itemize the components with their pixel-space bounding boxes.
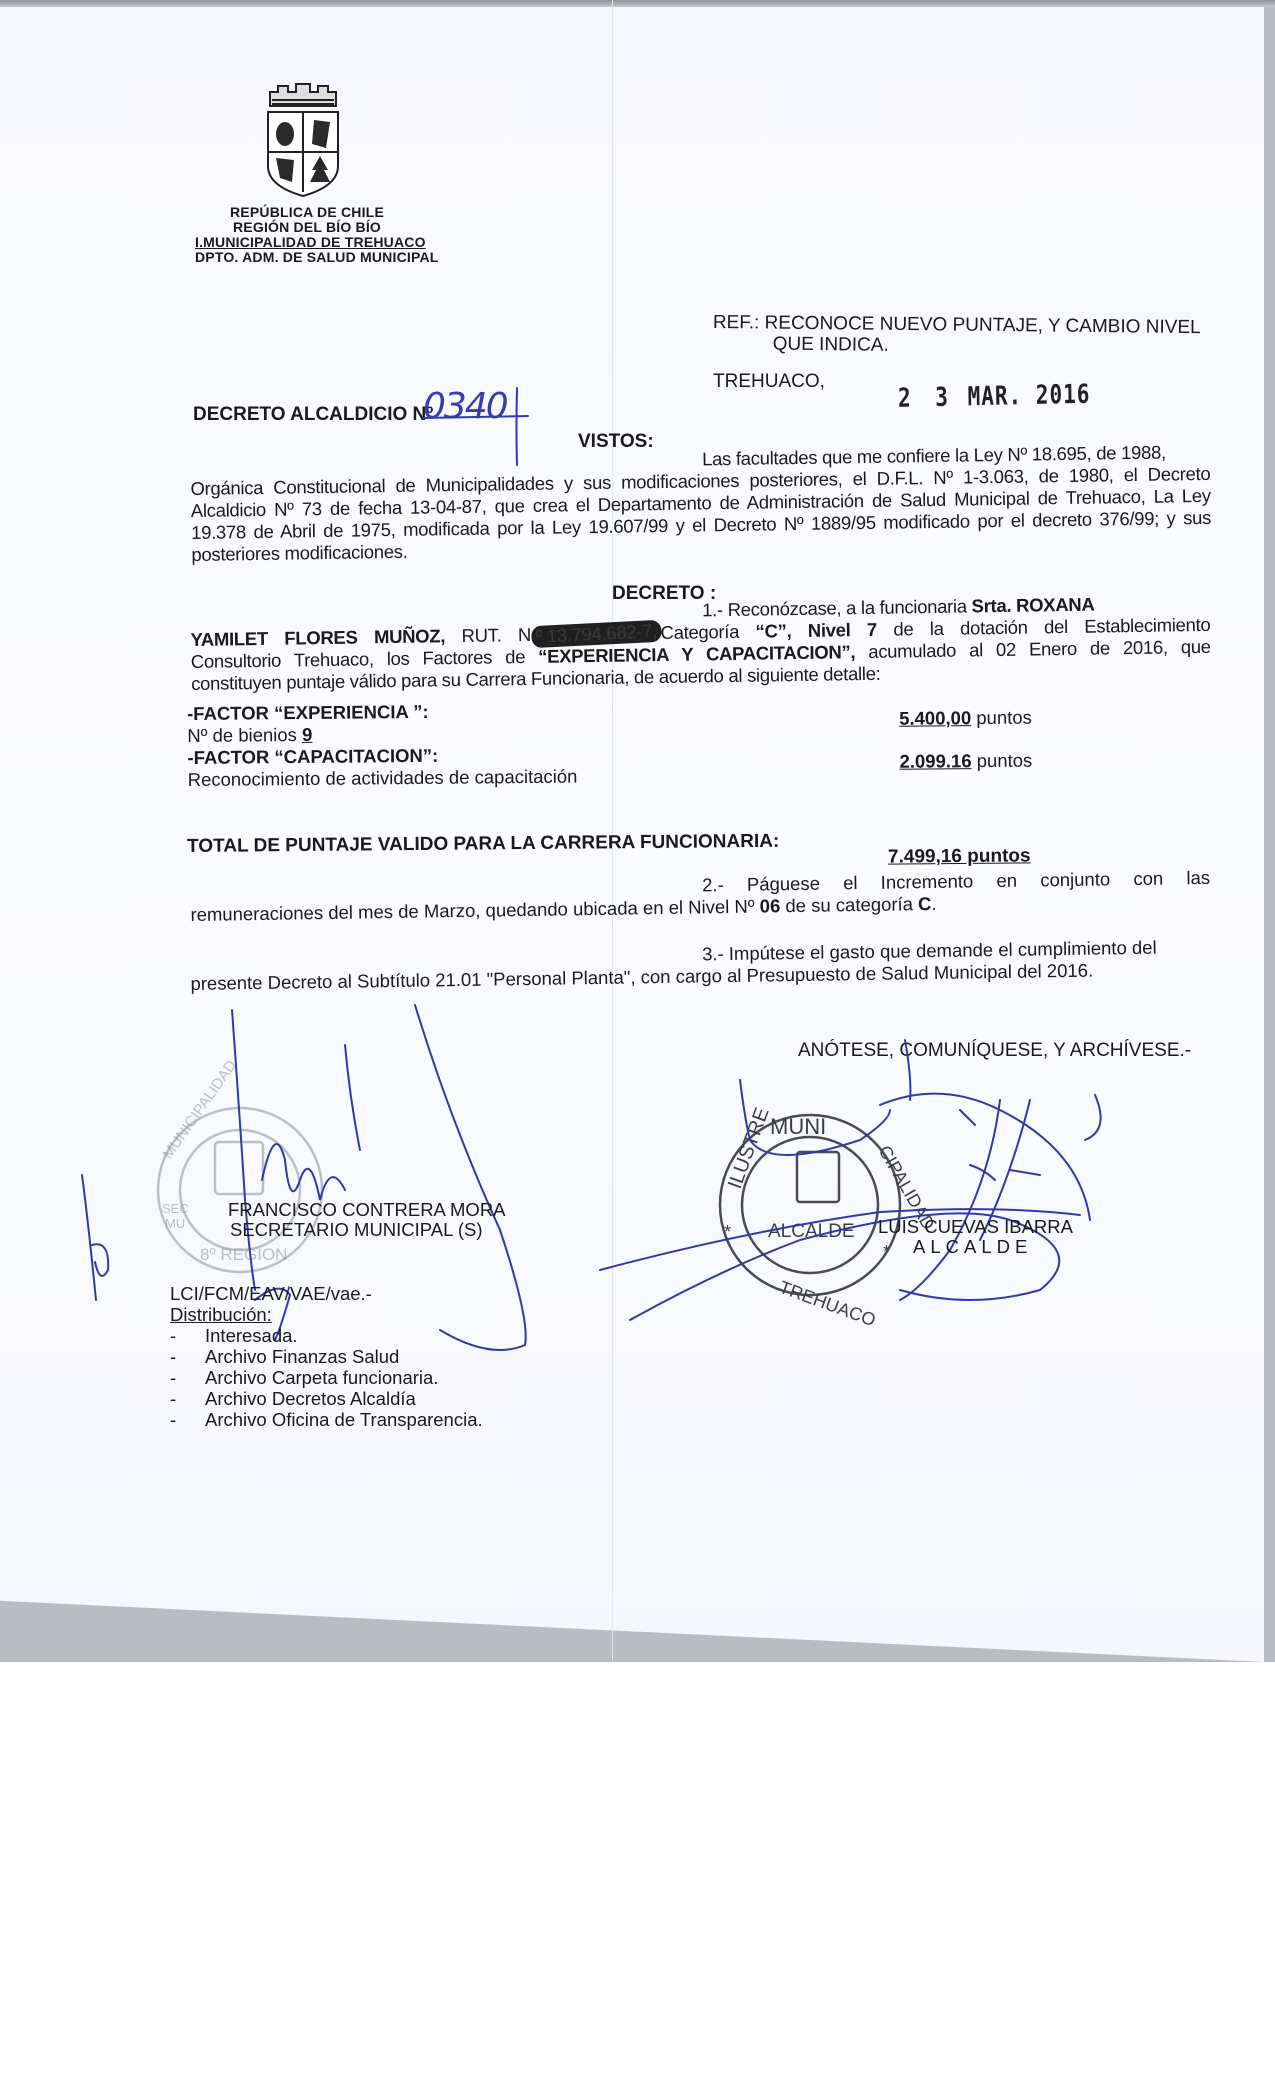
bullet: -	[170, 1409, 205, 1430]
distribution-item: -Archivo Finanzas Salud	[170, 1346, 483, 1367]
points-unit: puntos	[971, 707, 1032, 729]
points-unit: puntos	[971, 750, 1032, 772]
letterhead-region: REGIÓN DEL BÍO BÍO	[195, 220, 439, 235]
distribution-item-label: Archivo Decretos Alcaldía	[205, 1388, 416, 1409]
secretary-signature-block: FRANCISCO CONTRERA MORA SECRETARIO MUNIC…	[228, 1200, 506, 1240]
distribution-item: -Archivo Decretos Alcaldía	[170, 1388, 483, 1409]
distribution-item-label: Interesada.	[205, 1325, 298, 1346]
municipal-crest-icon	[262, 78, 344, 198]
item2-level: 06	[760, 895, 781, 916]
date-stamp-day: 2 3	[898, 382, 954, 413]
item2-text-mid: de su categoría	[780, 893, 918, 916]
decree-number-handwritten: 0340	[423, 386, 507, 427]
secretary-role: SECRETARIO MUNICIPAL (S)	[228, 1220, 506, 1240]
item2-text-end: .	[931, 893, 936, 914]
category-level: “C”, Nivel 7	[755, 619, 877, 642]
scanner-top-edge	[0, 0, 1275, 7]
page-fold-line	[612, 0, 613, 1660]
item2-category: C	[918, 893, 932, 914]
decreto-paragraph: 1.- Reconózcase, a la funcionaria Srta. …	[190, 592, 1211, 695]
mayor-name: LUIS CUEVAS IBARRA	[878, 1217, 1073, 1237]
distribution-item: -Archivo Oficina de Transparencia.	[170, 1409, 483, 1430]
decree-number-label: DECRETO ALCALDICIO Nº	[193, 404, 433, 426]
closing-formula: ANÓTESE, COMUNÍQUESE, Y ARCHÍVESE.-	[798, 1040, 1191, 1062]
distribution-item-label: Archivo Carpeta funcionaria.	[205, 1367, 438, 1388]
distribution-footer: LCI/FCM/EAV/VAE/vae.- Distribución: -Int…	[170, 1283, 483, 1430]
date-stamp-month-year: MAR. 2016	[967, 379, 1090, 412]
mayor-signature-block: LUIS CUEVAS IBARRA ALCALDE	[878, 1217, 1073, 1257]
factors-detail: -FACTOR “EXPERIENCIA ”: Nº de bienios 9 …	[187, 695, 1088, 791]
bienios-value: 9	[302, 724, 312, 745]
experiencia-points-value: 5.400,00	[899, 707, 971, 729]
rut-label: RUT. N	[445, 624, 531, 646]
capacitacion-label: Reconocimiento de actividades de capacit…	[188, 766, 578, 790]
distribution-item-label: Archivo Oficina de Transparencia.	[205, 1409, 483, 1430]
letterhead-department: DPTO. ADM. DE SALUD MUNICIPAL	[195, 250, 439, 265]
bullet: -	[170, 1325, 205, 1346]
capacitacion-points: 2.099.16 puntos	[899, 750, 1032, 773]
item1-intro-text: 1.- Reconózcase, a la funcionaria	[702, 595, 972, 620]
total-value: 7.499,16 puntos	[888, 845, 1031, 868]
letterhead: REPÚBLICA DE CHILE REGIÓN DEL BÍO BÍO I.…	[195, 205, 439, 265]
bullet: -	[170, 1388, 205, 1409]
initials: LCI/FCM/EAV/VAE/vae.-	[170, 1283, 483, 1304]
letterhead-country: REPÚBLICA DE CHILE	[195, 205, 439, 220]
line3-post: acumulado al 02 Enero de 2016, que	[855, 636, 1211, 662]
distribution-item: -Interesada.	[170, 1325, 483, 1346]
experiencia-points: 5.400,00 puntos	[899, 707, 1032, 730]
distribution-title: Distribución:	[170, 1304, 483, 1325]
distribution-item-label: Archivo Finanzas Salud	[205, 1346, 399, 1367]
letterhead-municipality: I.MUNICIPALIDAD DE TREHUACO	[195, 235, 439, 250]
place-label: TREHUACO,	[713, 371, 825, 393]
secretary-name: FRANCISCO CONTRERA MORA	[228, 1200, 506, 1220]
bullet: -	[170, 1367, 205, 1388]
capacitacion-points-value: 2.099.16	[899, 750, 971, 772]
category-label: Categoría	[660, 621, 755, 643]
bullet: -	[170, 1346, 205, 1367]
employee-title: Srta. ROXANA	[971, 594, 1094, 617]
date-stamp: 2 3 MAR. 2016	[898, 379, 1091, 413]
mayor-role: ALCALDE	[878, 1237, 1073, 1257]
employee-name: YAMILET FLORES MUÑOZ,	[190, 625, 445, 650]
vistos-paragraph: Las facultades que me confiere la Ley Nº…	[190, 441, 1212, 566]
distribution-item: -Archivo Carpeta funcionaria.	[170, 1367, 483, 1388]
bienios-label: Nº de bienios	[187, 724, 302, 746]
reference-block: REF.: RECONOCE NUEVO PUNTAJE, Y CAMBIO N…	[713, 312, 1201, 359]
